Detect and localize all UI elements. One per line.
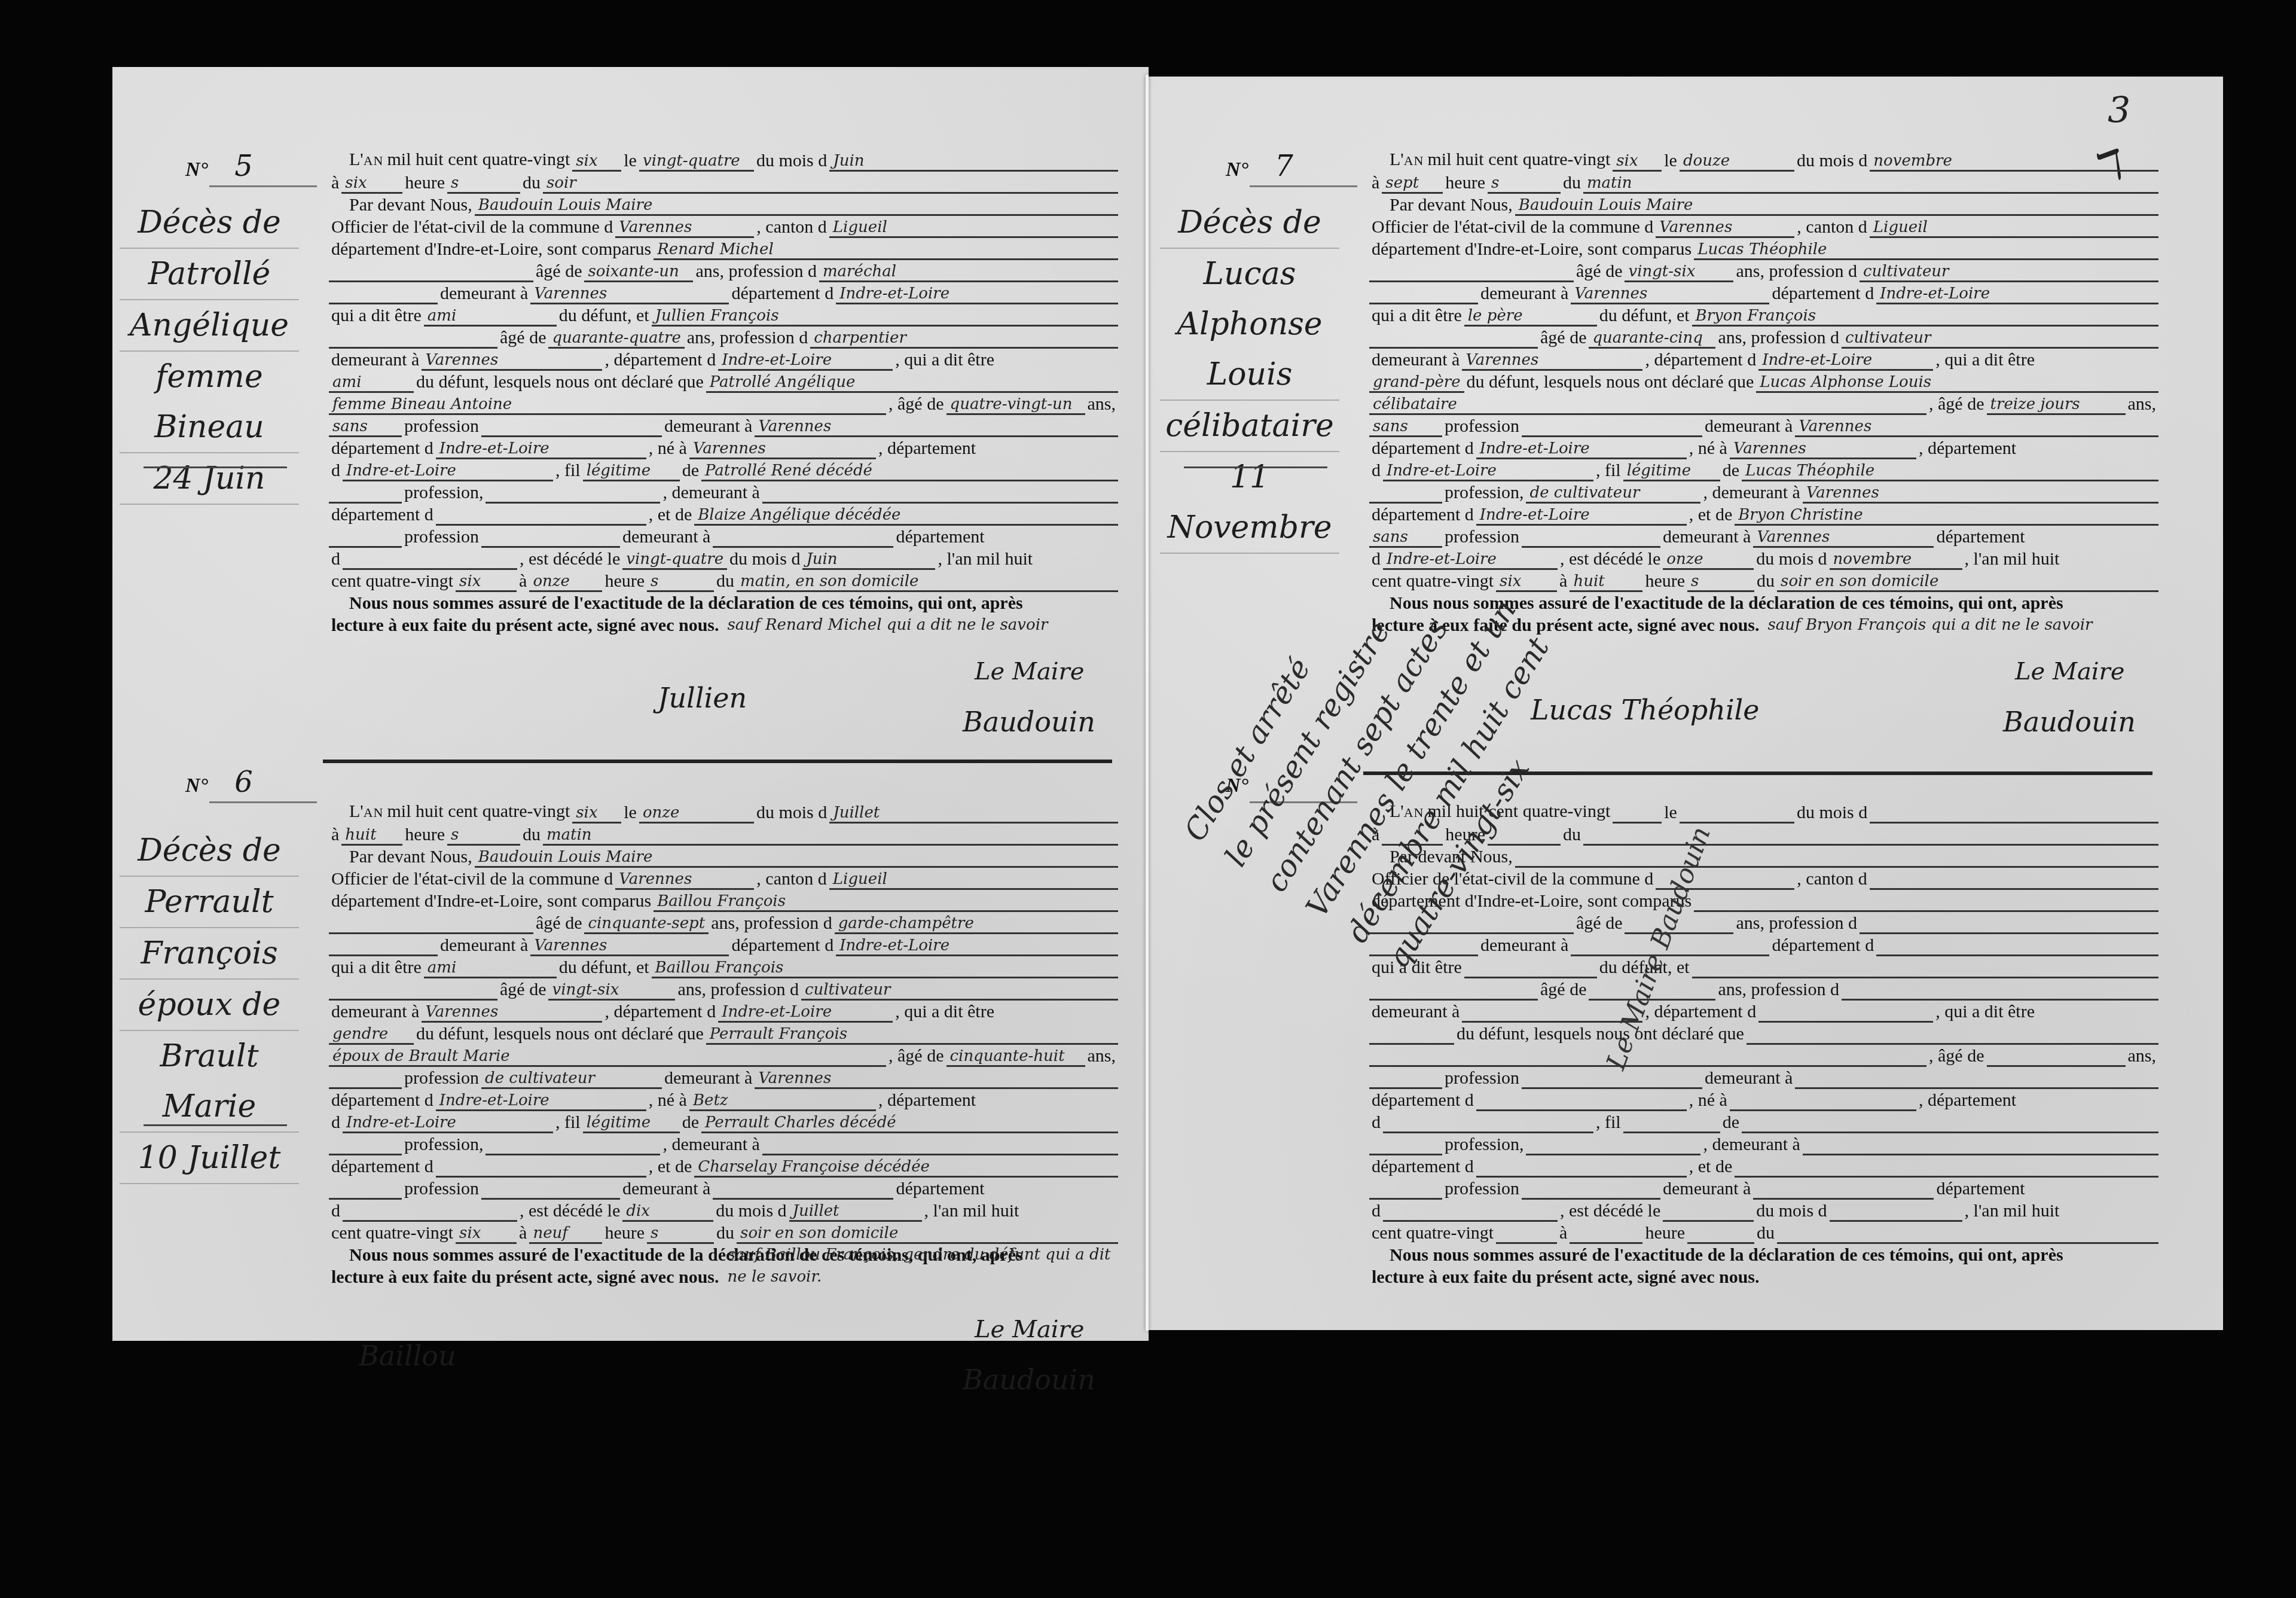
- margin-note-line: Décès de: [120, 825, 299, 877]
- form-label: , demeurant à: [660, 481, 762, 504]
- deceased-profession-prefix-field: [1369, 1069, 1442, 1089]
- witness1-field: [1694, 892, 2158, 912]
- form-label: cent quatre-vingt: [329, 570, 456, 592]
- deceased-department-field: Indre-et-Loire: [436, 440, 646, 459]
- form-label: , l'an mil huit: [935, 548, 1035, 570]
- deceased-name-continued-field: [1369, 1047, 1926, 1067]
- form-label: profession: [402, 1067, 481, 1089]
- witness2-profession-field: cultivateur: [801, 981, 1118, 1001]
- hour-field: six: [341, 174, 402, 194]
- death-period-field: soir en son domicile: [1777, 572, 2158, 592]
- remark-text: sauf Bryon François qui a dit ne le savo…: [1768, 614, 2093, 636]
- form-label: , né à: [1687, 437, 1730, 459]
- form-label: d: [329, 1111, 343, 1133]
- deceased-profession-field: [1522, 1069, 1702, 1089]
- father-field: Perrault Charles décédé: [701, 1114, 1118, 1133]
- witness1-profession-field: cultivateur: [1860, 263, 2158, 282]
- form-label: cent quatre-vingt: [329, 1222, 456, 1244]
- form-label: à: [1557, 1222, 1570, 1244]
- form-label: le: [621, 150, 639, 172]
- form-label: demeurant à: [1478, 934, 1571, 956]
- form-label: du: [1561, 172, 1583, 194]
- form-label: qui a dit être: [1369, 304, 1464, 327]
- mayor-title: Le Maire: [975, 658, 1084, 685]
- birth-place-field: Betz: [689, 1091, 876, 1111]
- form-label: , est décédé le: [1558, 1200, 1663, 1222]
- form-label: , qui a dit être: [1933, 1001, 2037, 1023]
- deceased-profession-prefix-field: sans: [329, 417, 402, 437]
- deceased-department-field: [1476, 1091, 1687, 1111]
- death-period-field: matin, en son domicile: [737, 572, 1118, 592]
- form-label: à: [329, 824, 341, 846]
- witness1-age-field: soixante-un: [584, 263, 693, 282]
- act-number: N°5: [185, 150, 253, 183]
- blank-rule: [329, 981, 497, 1001]
- form-label: , demeurant à: [1700, 1133, 1802, 1155]
- mother-department-field: [1383, 1202, 1558, 1222]
- witness2-field: Jullien François: [652, 307, 1118, 327]
- hour-suffix-field: s: [1488, 174, 1561, 194]
- form-label: , canton d: [754, 868, 829, 890]
- deceased-name-continued-field: femme Bineau Antoine: [329, 395, 886, 415]
- father-department-field: Indre-et-Loire: [1476, 506, 1687, 526]
- form-label: département d: [1769, 934, 1876, 956]
- act-body: L'ANmil huit cent quatre-vingtsixleonzed…: [329, 801, 1118, 1288]
- form-label: du: [714, 1222, 737, 1244]
- death-year-field: [1496, 1224, 1557, 1244]
- mother-profession-prefix-field: [1369, 1180, 1442, 1200]
- form-label: du défunt, lesquels nous ont déclaré que: [414, 1023, 706, 1045]
- form-label: , né à: [1687, 1089, 1730, 1111]
- form-label: du: [1561, 824, 1583, 846]
- act-body: L'ANmil huit cent quatre-vingtsixlevingt…: [329, 150, 1118, 636]
- witness2-age-field: quarante-quatre: [548, 329, 684, 349]
- mayor-title: Le Maire: [975, 1316, 1084, 1343]
- form-label: , fil: [553, 1111, 583, 1133]
- form-label: heure: [1642, 570, 1687, 592]
- form-label: , âgé de: [1926, 393, 1986, 415]
- form-label: profession: [402, 526, 481, 548]
- number-label: N°: [185, 158, 208, 181]
- witness1-field: Renard Michel: [654, 240, 1118, 260]
- deceased-department-field: Indre-et-Loire: [436, 1091, 646, 1111]
- hour-suffix-field: s: [447, 174, 520, 194]
- witness2-relation-field: grand-père: [1369, 373, 1464, 393]
- form-label: âgé de: [1538, 327, 1589, 349]
- witness1-residence-field: Varennes: [530, 285, 729, 304]
- deceased-age-field: treize jours: [1987, 395, 2126, 415]
- form-label: Par devant Nous,: [1387, 194, 1515, 216]
- year-field: [1613, 804, 1662, 824]
- witness2-residence-field: Varennes: [422, 1003, 602, 1023]
- form-label: département d: [1369, 504, 1476, 526]
- margin-note: Décès dePerraultFrançoisépoux deBrault M…: [120, 825, 299, 1184]
- form-label: heure: [402, 824, 447, 846]
- form-label: Officier de l'état-civil de la commune d: [1369, 216, 1656, 238]
- form-label: Par devant Nous,: [347, 194, 475, 216]
- closing-text: lecture à eux faite du présent acte, sig…: [329, 1266, 722, 1288]
- form-label: à: [1557, 570, 1570, 592]
- margin-note-line: Décès de: [1160, 197, 1339, 249]
- mother-residence-field: [713, 1180, 893, 1200]
- form-label: , département: [876, 437, 978, 459]
- form-label: heure: [1642, 1222, 1687, 1244]
- officer-field: Baudouin Louis Maire: [475, 196, 1118, 216]
- form-label: département d: [329, 504, 436, 526]
- form-label: demeurant à: [329, 1001, 422, 1023]
- father-profession-field: [1526, 1136, 1700, 1155]
- deceased-name-field: Perrault François: [706, 1025, 1118, 1045]
- form-label: , demeurant à: [660, 1133, 762, 1155]
- witness1-residence-field: Varennes: [1571, 285, 1769, 304]
- mother-residence-field: Varennes: [1753, 528, 1934, 548]
- margin-note-line: Perrault: [120, 877, 299, 928]
- form-label: , l'an mil huit: [922, 1200, 1022, 1222]
- blank-rule: [1369, 1136, 1442, 1155]
- form-label: , fil: [1593, 1111, 1623, 1133]
- commune-field: Varennes: [615, 218, 754, 238]
- form-label: département d: [1369, 437, 1476, 459]
- deceased-age-field: [1987, 1047, 2126, 1067]
- month-field: novembre: [1870, 152, 2158, 172]
- commune-field: Varennes: [1656, 218, 1794, 238]
- form-label: département d: [329, 437, 436, 459]
- form-label: profession,: [402, 481, 486, 504]
- form-label: du mois d: [1754, 1200, 1829, 1222]
- father-field: [1742, 1114, 2158, 1133]
- birth-department-field: Indre-et-Loire: [1383, 462, 1593, 481]
- blank-rule: [329, 914, 533, 934]
- form-label: , département: [1916, 437, 2019, 459]
- death-month-field: Juillet: [789, 1202, 922, 1222]
- form-label: Officier de l'état-civil de la commune d: [329, 216, 615, 238]
- deceased-age-field: quatre-vingt-un: [947, 395, 1085, 415]
- form-label: ans, profession d: [709, 912, 834, 934]
- number-label: N°: [185, 774, 208, 797]
- form-label: du: [714, 570, 737, 592]
- mother-profession-field: [1522, 1180, 1660, 1200]
- margin-note-line: Angélique: [120, 300, 299, 352]
- form-label: , et de: [1687, 1155, 1735, 1178]
- witness1-profession-field: [1860, 914, 2158, 934]
- witness1-profession-field: maréchal: [819, 263, 1118, 282]
- canton-field: [1870, 870, 2158, 890]
- form-label: , né à: [646, 437, 689, 459]
- father-profession-field: [486, 484, 660, 504]
- form-label: heure: [1443, 172, 1488, 194]
- witness1-department-field: Indre-et-Loire: [1876, 285, 2158, 304]
- witness2-profession-field: charpentier: [810, 329, 1118, 349]
- form-label: , âgé de: [1926, 1045, 1986, 1067]
- witness1-age-field: vingt-six: [1625, 263, 1733, 282]
- hour-field: sept: [1382, 174, 1443, 194]
- witness1-department-field: [1876, 937, 2158, 956]
- form-label: profession: [402, 415, 481, 437]
- form-label: du mois d: [1794, 150, 1870, 172]
- form-label: demeurant à: [438, 282, 530, 304]
- deceased-department-field: Indre-et-Loire: [1476, 440, 1687, 459]
- deceased-profession-prefix-field: sans: [1369, 417, 1442, 437]
- margin-note-line: François: [120, 928, 299, 980]
- number-rule: [209, 185, 317, 187]
- father-residence-field: [762, 484, 1118, 504]
- form-label: ans, profession d: [675, 978, 801, 1001]
- form-label: ans, profession d: [1733, 260, 1859, 282]
- deceased-name-field: Patrollé Angélique: [706, 373, 1118, 393]
- form-label: , qui a dit être: [893, 1001, 997, 1023]
- witness1-field: Baillou François: [654, 892, 1118, 912]
- canton-field: Ligueil: [829, 218, 1118, 238]
- form-label: demeurant à: [1660, 526, 1753, 548]
- form-label: d: [329, 1200, 343, 1222]
- death-act-1: N°5Décès dePatrolléAngéliquefemme Bineau…: [120, 144, 1148, 742]
- death-hour-suffix-field: s: [1687, 572, 1754, 592]
- form-label: demeurant à: [1478, 282, 1571, 304]
- closing-text: lecture à eux faite du présent acte, sig…: [1369, 1266, 1762, 1288]
- margin-note-line: 24 Juin: [120, 453, 299, 505]
- form-label: , est décédé le: [517, 1200, 622, 1222]
- deceased-profession-field: [481, 417, 662, 437]
- form-label: le: [621, 801, 639, 824]
- form-label: L'ANmil huit cent quatre-vingt: [347, 148, 572, 172]
- form-label: du défunt, lesquels nous ont déclaré que: [1464, 371, 1757, 393]
- death-year-field: six: [456, 572, 517, 592]
- form-label: demeurant à: [1369, 1001, 1462, 1023]
- deceased-profession-field: [1522, 417, 1702, 437]
- form-label: demeurant à: [1702, 1067, 1795, 1089]
- filiation-field: légitime: [1623, 462, 1720, 481]
- mother-profession-prefix-field: [329, 528, 402, 548]
- mother-field: Charselay Françoise décédée: [694, 1158, 1118, 1178]
- form-label: ans, profession d: [1733, 912, 1859, 934]
- form-label: département d: [729, 934, 836, 956]
- blank-rule: [329, 1136, 402, 1155]
- witness1-department-field: Indre-et-Loire: [836, 285, 1118, 304]
- form-label: , qui a dit être: [893, 349, 997, 371]
- mother-department-field: [343, 1202, 517, 1222]
- period-field: matin: [1583, 174, 2158, 194]
- death-hour-suffix-field: s: [647, 572, 714, 592]
- death-act-2: N°6Décès dePerraultFrançoisépoux deBraul…: [120, 742, 1148, 1340]
- deceased-name-continued-field: célibataire: [1369, 395, 1926, 415]
- death-day-field: dix: [622, 1202, 713, 1222]
- day-field: onze: [639, 804, 754, 824]
- form-label: , âgé de: [886, 393, 946, 415]
- witness1-relation-field: le père: [1464, 307, 1597, 327]
- form-label: ans, profession d: [1715, 978, 1841, 1001]
- form-label: du mois d: [754, 801, 829, 824]
- form-label: , est décédé le: [1558, 548, 1663, 570]
- form-label: du défunt, et: [1597, 304, 1692, 327]
- form-label: département d: [729, 282, 836, 304]
- margin-note-line: époux de: [120, 980, 299, 1031]
- death-hour-field: [1570, 1224, 1642, 1244]
- officer-field: Baudouin Louis Maire: [1515, 196, 2158, 216]
- form-label: à: [329, 172, 341, 194]
- father-field: Lucas Théophile: [1742, 462, 2158, 481]
- mother-field: Bryon Christine: [1735, 506, 2158, 526]
- deceased-name-continued-field: époux de Brault Marie: [329, 1047, 886, 1067]
- death-day-field: [1663, 1202, 1754, 1222]
- form-label: du défunt, lesquels nous ont déclaré que: [1454, 1023, 1747, 1045]
- father-department-field: [436, 1158, 646, 1178]
- filiation-field: légitime: [583, 462, 680, 481]
- form-label: département d'Indre-et-Loire, sont compa…: [329, 890, 654, 912]
- form-label: département d: [329, 1089, 436, 1111]
- witness2-department-field: Indre-et-Loire: [1758, 351, 1933, 371]
- witness2-department-field: [1758, 1003, 1933, 1023]
- form-label: , département: [1916, 1089, 2019, 1111]
- form-label: , âgé de: [886, 1045, 946, 1067]
- day-field: douze: [1680, 152, 1794, 172]
- remark-text: sauf Renard Michel qui a dit ne le savoi…: [728, 614, 1048, 636]
- mother-profession-field: [481, 528, 620, 548]
- death-year-field: six: [1496, 572, 1557, 592]
- filiation-field: [1623, 1114, 1720, 1133]
- form-label: , département d: [602, 1001, 718, 1023]
- form-label: heure: [602, 570, 647, 592]
- form-label: , canton d: [1794, 868, 1869, 890]
- form-label: , qui a dit être: [1933, 349, 2037, 371]
- witness-signature: Jullien: [658, 682, 747, 714]
- form-label: le: [1662, 801, 1680, 824]
- day-field: [1680, 804, 1794, 824]
- form-label: département d'Indre-et-Loire, sont compa…: [1369, 238, 1694, 260]
- act-body: L'ANmil huit cent quatre-vingtledu mois …: [1369, 801, 2158, 1288]
- form-label: , département d: [602, 349, 718, 371]
- form-label: , et de: [646, 1155, 694, 1178]
- form-label: demeurant à: [1369, 349, 1462, 371]
- form-label: profession: [402, 1178, 481, 1200]
- witness2-field: [1692, 959, 2158, 978]
- form-label: , fil: [1593, 459, 1623, 481]
- form-label: ans,: [2126, 1045, 2159, 1067]
- form-label: ans,: [2126, 393, 2159, 415]
- period-field: [1583, 826, 2158, 846]
- margin-note-line: Patrollé: [120, 249, 299, 300]
- form-label: cent quatre-vingt: [1369, 1222, 1496, 1244]
- deceased-residence-field: Varennes: [755, 1069, 1118, 1089]
- birth-department-field: [1383, 1114, 1593, 1133]
- death-month-field: Juin: [802, 550, 935, 570]
- form-label: à: [517, 1222, 529, 1244]
- witness2-age-field: quarante-cinq: [1589, 329, 1715, 349]
- form-label: , département d: [1642, 1001, 1758, 1023]
- form-label: département d: [1369, 1155, 1476, 1178]
- form-label: âgé de: [533, 260, 584, 282]
- year-field: six: [572, 804, 621, 824]
- officer-field: [1515, 848, 2158, 868]
- witness2-department-field: Indre-et-Loire: [718, 1003, 893, 1023]
- mayor-signature: Baudouin: [963, 706, 1095, 738]
- hour-suffix-field: s: [447, 826, 520, 846]
- death-period-field: [1777, 1224, 2158, 1244]
- blank-rule: [329, 285, 438, 304]
- form-label: heure: [602, 1222, 647, 1244]
- blank-rule: [329, 937, 438, 956]
- period-field: matin: [543, 826, 1118, 846]
- month-field: Juin: [829, 152, 1118, 172]
- blank-rule: [1369, 263, 1574, 282]
- form-label: qui a dit être: [329, 304, 424, 327]
- form-label: âgé de: [533, 912, 584, 934]
- form-label: L'ANmil huit cent quatre-vingt: [347, 800, 572, 824]
- mayor-title: Le Maire: [2015, 658, 2124, 685]
- form-label: demeurant à: [620, 1178, 713, 1200]
- month-field: Juillet: [829, 804, 1118, 824]
- margin-note-line: célibataire: [1160, 401, 1339, 452]
- form-label: , canton d: [1794, 216, 1869, 238]
- form-label: , l'an mil huit: [1962, 1200, 2062, 1222]
- margin-note-line: 10 Juillet: [120, 1133, 299, 1184]
- form-label: profession,: [402, 1133, 486, 1155]
- deceased-profession-field: de cultivateur: [481, 1069, 662, 1089]
- officer-field: Baudouin Louis Maire: [475, 848, 1118, 868]
- witness2-profession-field: cultivateur: [1842, 329, 2158, 349]
- margin-note-line: femme Bineau: [120, 352, 299, 453]
- birth-place-field: Varennes: [1730, 440, 1916, 459]
- death-hour-field: huit: [1570, 572, 1642, 592]
- form-label: d: [329, 459, 343, 481]
- father-residence-field: Varennes: [1803, 484, 2158, 504]
- witness1-relation-field: ami: [424, 307, 557, 327]
- witness1-field: Lucas Théophile: [1694, 240, 2158, 260]
- closing-text: Nous nous sommes assuré de l'exactitude …: [1387, 1244, 2066, 1266]
- death-month-field: [1830, 1202, 1962, 1222]
- form-label: , et de: [646, 504, 694, 526]
- form-label: département: [893, 1178, 987, 1200]
- form-label: le: [1662, 150, 1680, 172]
- form-label: Par devant Nous,: [347, 846, 475, 868]
- form-label: d: [1369, 459, 1383, 481]
- form-label: du mois d: [1754, 548, 1829, 570]
- father-department-field: [1476, 1158, 1687, 1178]
- father-residence-field: [762, 1136, 1118, 1155]
- form-label: demeurant à: [438, 934, 530, 956]
- form-label: profession,: [1442, 481, 1526, 504]
- form-label: du: [520, 824, 543, 846]
- form-label: du: [1754, 1222, 1777, 1244]
- form-label: demeurant à: [662, 1067, 755, 1089]
- form-label: , canton d: [754, 216, 829, 238]
- form-label: , fil: [553, 459, 583, 481]
- witness2-residence-field: Varennes: [422, 351, 602, 371]
- blank-rule: [329, 484, 402, 504]
- form-label: ans,: [1085, 1045, 1119, 1067]
- form-label: du mois d: [713, 1200, 789, 1222]
- death-day-field: vingt-quatre: [622, 550, 727, 570]
- act-number: N°6: [185, 766, 253, 799]
- witness2-relation-field: gendre: [329, 1025, 414, 1045]
- form-label: département: [893, 526, 987, 548]
- mother-profession-field: [481, 1180, 620, 1200]
- form-label: ans,: [1085, 393, 1119, 415]
- hour-field: huit: [341, 826, 402, 846]
- father-field: Patrollé René décédé: [701, 462, 1118, 481]
- form-label: heure: [402, 172, 447, 194]
- mother-profession-prefix-field: [329, 1180, 402, 1200]
- form-label: , est décédé le: [517, 548, 622, 570]
- form-label: département: [1934, 1178, 2027, 1200]
- form-label: département: [1934, 526, 2027, 548]
- mother-residence-field: [1753, 1180, 1934, 1200]
- form-label: , demeurant à: [1700, 481, 1802, 504]
- death-hour-field: onze: [529, 572, 602, 592]
- form-label: département d'Indre-et-Loire, sont compa…: [329, 238, 654, 260]
- form-label: ans, profession d: [685, 327, 810, 349]
- death-period-field: soir en son domicile: [737, 1224, 1118, 1244]
- form-label: demeurant à: [1660, 1178, 1753, 1200]
